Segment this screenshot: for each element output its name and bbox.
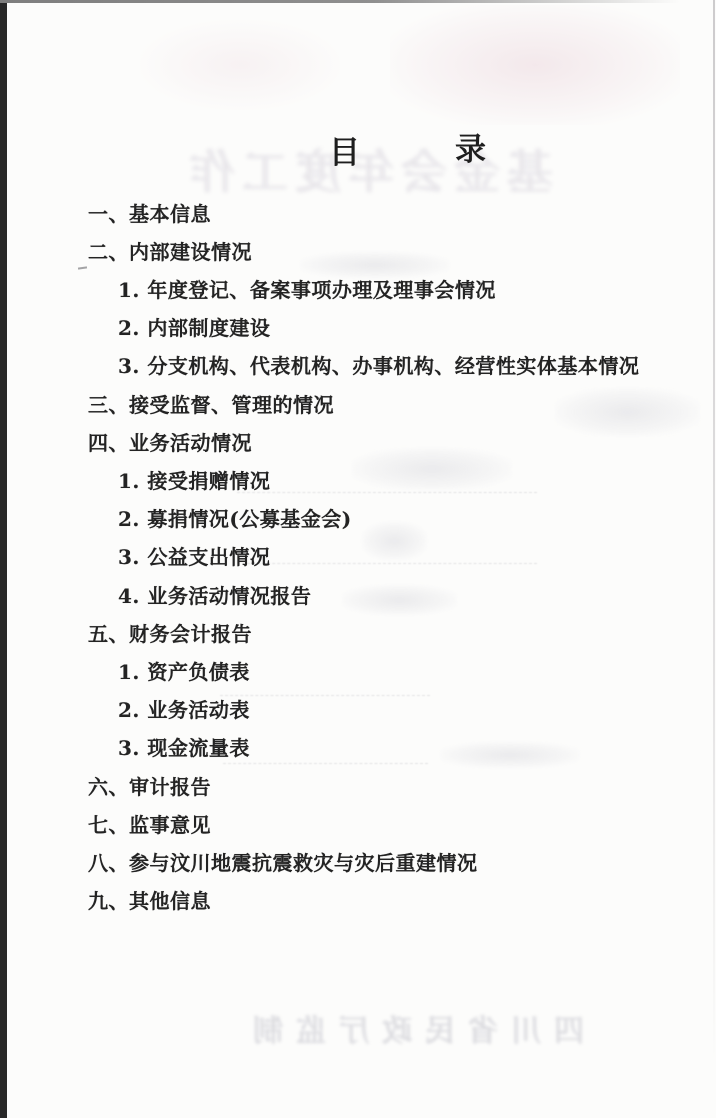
pencil-mark bbox=[78, 266, 87, 269]
scanner-edge-right bbox=[713, 0, 715, 1118]
toc-item: 3. 现金流量表 bbox=[118, 737, 250, 760]
scan-stain bbox=[390, 5, 680, 125]
bleed-through-line bbox=[237, 492, 537, 493]
scanned-document-page: 基金会年度工作 四川省民政厅监制 目 录 一、基本信息二、内部建设情况1. 年度… bbox=[0, 0, 716, 1118]
toc-item: 三、接受监督、管理的情况 bbox=[88, 394, 334, 417]
bleed-through-smudge bbox=[300, 252, 450, 278]
bleed-through-smudge bbox=[342, 585, 457, 615]
toc-item: 五、财务会计报告 bbox=[88, 623, 252, 646]
toc-item: 四、业务活动情况 bbox=[88, 432, 252, 455]
bleed-through-line bbox=[247, 563, 537, 564]
bleed-through-smudge bbox=[352, 448, 512, 490]
toc-item: 2. 募捐情况(公募基金会) bbox=[118, 508, 352, 531]
bleed-through-smudge bbox=[362, 522, 427, 560]
toc-item: 八、参与汶川地震抗震救灾与灾后重建情况 bbox=[88, 852, 478, 875]
page-title-char-left: 目 bbox=[329, 131, 360, 175]
bleed-through-smudge bbox=[555, 388, 700, 436]
bleed-through-footer-text: 四川省民政厅监制 bbox=[240, 1006, 584, 1050]
toc-item: 一、基本信息 bbox=[88, 203, 211, 226]
bleed-through-line bbox=[220, 695, 430, 696]
bleed-through-smudge bbox=[440, 742, 580, 768]
page-title-char-right: 录 bbox=[455, 128, 486, 172]
toc-item: 1. 年度登记、备案事项办理及理事会情况 bbox=[118, 279, 496, 302]
scanner-edge-left bbox=[0, 0, 7, 1118]
scan-stain bbox=[140, 20, 340, 110]
toc-item: 七、监事意见 bbox=[88, 814, 211, 837]
toc-item: 2. 内部制度建设 bbox=[118, 317, 270, 340]
toc-item: 1. 接受捐赠情况 bbox=[118, 470, 270, 493]
toc-item: 二、内部建设情况 bbox=[88, 241, 252, 264]
toc-item: 3. 分支机构、代表机构、办事机构、经营性实体基本情况 bbox=[118, 355, 639, 378]
toc-item: 2. 业务活动表 bbox=[118, 699, 250, 722]
toc-item: 九、其他信息 bbox=[88, 890, 211, 913]
toc-item: 1. 资产负债表 bbox=[118, 661, 250, 684]
toc-item: 4. 业务活动情况报告 bbox=[118, 585, 311, 608]
toc-item: 3. 公益支出情况 bbox=[118, 546, 270, 569]
bleed-through-line bbox=[223, 763, 428, 764]
toc-item: 六、审计报告 bbox=[88, 776, 211, 799]
scanner-edge-top bbox=[0, 0, 680, 3]
page-title: 目 录 bbox=[0, 131, 716, 175]
